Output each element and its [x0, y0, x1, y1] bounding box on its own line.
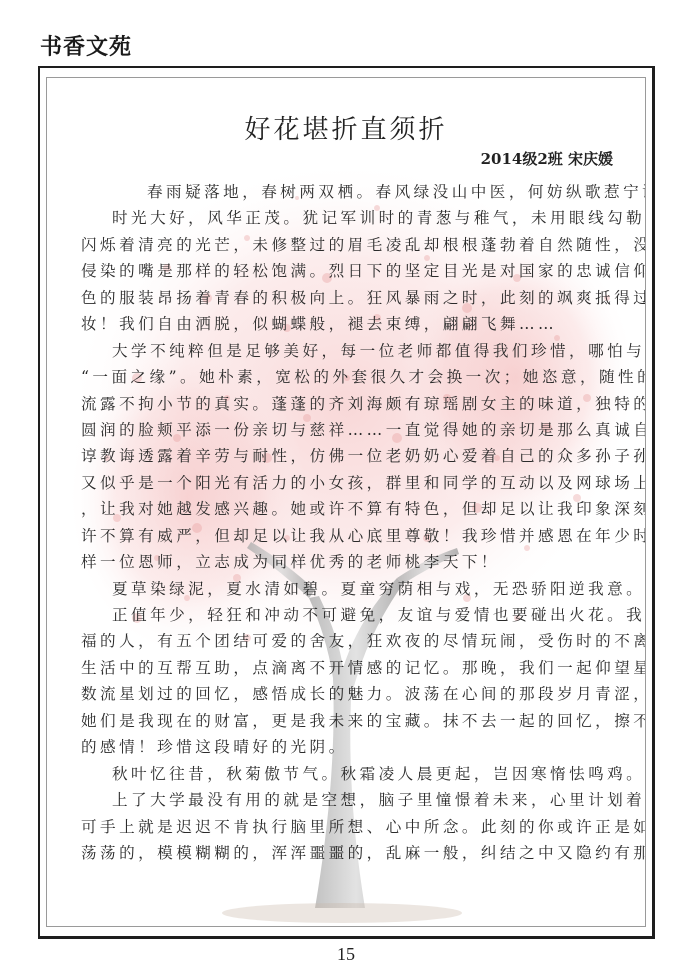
- body-line: 生活中的互帮互助，点滴离不开情感的记忆。那晚，我们一起仰望星空，细: [81, 655, 621, 681]
- body-line: 上了大学最没有用的就是空想，脑子里憧憬着未来，心里计划着现在。: [81, 787, 621, 813]
- body-line: 又似乎是一个阳光有活力的小女孩，群里和同学的互动以及网球场上的风采: [81, 470, 621, 496]
- body-line: 秋叶忆往昔，秋菊傲节气。秋霜凌人晨更起，岂因寒惰怯鸣鸡。: [81, 761, 621, 787]
- body-line: 夏草染绿泥，夏水清如碧。夏童穷荫相与戏，无恐骄阳逆我意。: [81, 576, 621, 602]
- body-line: 妆！我们自由洒脱，似蝴蝶般，褪去束缚，翩翩飞舞……: [81, 311, 621, 337]
- body-line: 正值年少，轻狂和冲动不可避免，友谊与爱情也要碰出火花。我是个幸: [81, 602, 621, 628]
- body-line: 色的服装昂扬着青春的积极向上。狂风暴雨之时，此刻的飒爽抵得过一切浓: [81, 285, 621, 311]
- article-byline: 2014级2班 宋庆媛: [481, 148, 613, 169]
- body-line: 侵染的嘴是那样的轻松饱满。烈日下的坚定目光是对国家的忠诚信仰，军绿: [81, 258, 621, 284]
- body-line: ，让我对她越发感兴趣。她或许不算有特色，但却足以让我印象深刻；她或: [81, 496, 621, 522]
- body-line: 春雨疑落地，春树两双栖。春风绿没山中医，何妨纵歌惹宁谧。: [81, 179, 621, 205]
- body-line: 许不算有威严，但却足以让我从心底里尊敬！我珍惜并感恩在年少时能有这: [81, 523, 621, 549]
- body-line: 可手上就是迟迟不肯执行脑里所想、心中所念。此刻的你或许正是如此，空: [81, 814, 621, 840]
- article-title: 好花堪折直须折: [47, 109, 645, 146]
- body-line: 数流星划过的回忆，感悟成长的魅力。波荡在心间的那段岁月青涩，欢乐。: [81, 681, 621, 707]
- body-line: 圆润的脸颊平添一份亲切与慈祥……一直觉得她的亲切是那么真诚自然，谆: [81, 417, 621, 443]
- body-line: 样一位恩师，立志成为同样优秀的老师桃李天下！: [81, 549, 621, 575]
- body-line: 大学不纯粹但是足够美好，每一位老师都值得我们珍惜，哪怕与你只有: [81, 338, 621, 364]
- body-line: 时光大好，风华正茂。犹记军训时的青葱与稚气，未用眼线勾勒的黑眸: [81, 205, 621, 231]
- body-line: 荡荡的，模模糊糊的，浑浑噩噩的，乱麻一般，纠结之中又隐约有那么一丝: [81, 840, 621, 866]
- body-line: “一面之缘”。她朴素，宽松的外套很久才会换一次；她恣意，随性的裤子: [81, 364, 621, 390]
- body-line: 流露不拘小节的真实。蓬蓬的齐刘海颇有琼瑶剧女主的味道，独特的马尾和: [81, 391, 621, 417]
- section-header: 书香文苑: [40, 30, 132, 61]
- body-line: 闪烁着清亮的光芒，未修整过的眉毛凌乱却根根蓬勃着自然随性，没被唇彩: [81, 232, 621, 258]
- page-number: 15: [0, 944, 692, 965]
- body-line: 福的人，有五个团结可爱的舍友，狂欢夜的尽情玩闹，受伤时的不离不弃，: [81, 628, 621, 654]
- article-frame: 好花堪折直须折 2014级2班 宋庆媛 春雨疑落地，春树两双栖。春风绿没山中医，…: [46, 77, 646, 927]
- article-body: 春雨疑落地，春树两双栖。春风绿没山中医，何妨纵歌惹宁谧。 时光大好，风华正茂。犹…: [81, 179, 621, 866]
- body-line: 谆教诲透露着辛劳与耐性，仿佛一位老奶奶心爱着自己的众多孙子孙女们。: [81, 443, 621, 469]
- body-line: 她们是我现在的财富，更是我未来的宝藏。抹不去一起的回忆，擦不掉曾经: [81, 708, 621, 734]
- body-line: 的感情！珍惜这段晴好的光阴。: [81, 734, 621, 760]
